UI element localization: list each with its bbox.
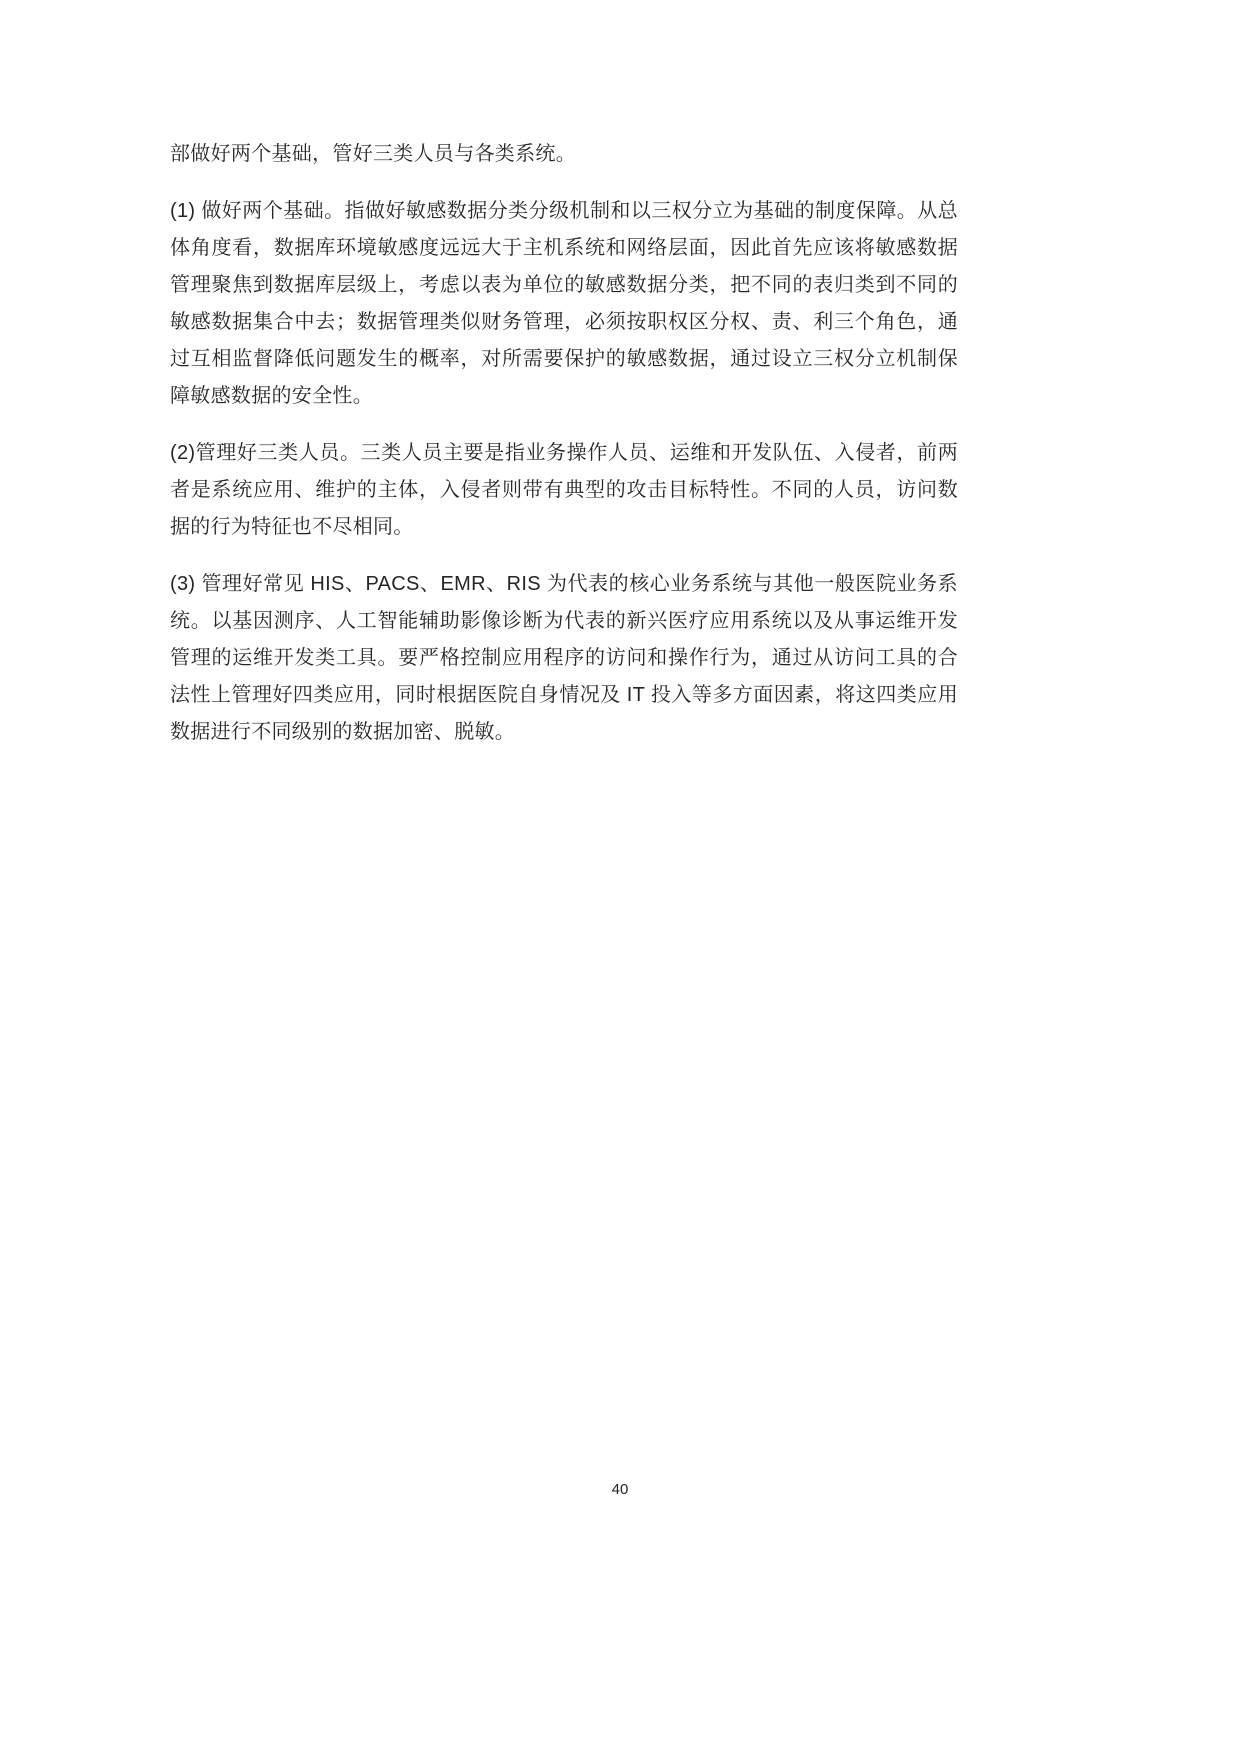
paragraph-point-1: (1) 做好两个基础。指做好敏感数据分类分级机制和以三权分立为基础的制度保障。从… [170, 193, 958, 415]
paragraph-point-3: (3) 管理好常见 HIS、PACS、EMR、RIS 为代表的核心业务系统与其他… [170, 566, 958, 751]
page-number: 40 [0, 1481, 1240, 1498]
document-page: 部做好两个基础，管好三类人员与各类系统。 (1) 做好两个基础。指做好敏感数据分… [0, 0, 1240, 1753]
paragraph-point-2: (2)管理好三类人员。三类人员主要是指业务操作人员、运维和开发队伍、入侵者，前两… [170, 435, 958, 546]
document-body: 部做好两个基础，管好三类人员与各类系统。 (1) 做好两个基础。指做好敏感数据分… [170, 136, 958, 771]
paragraph-continuation: 部做好两个基础，管好三类人员与各类系统。 [170, 136, 958, 173]
